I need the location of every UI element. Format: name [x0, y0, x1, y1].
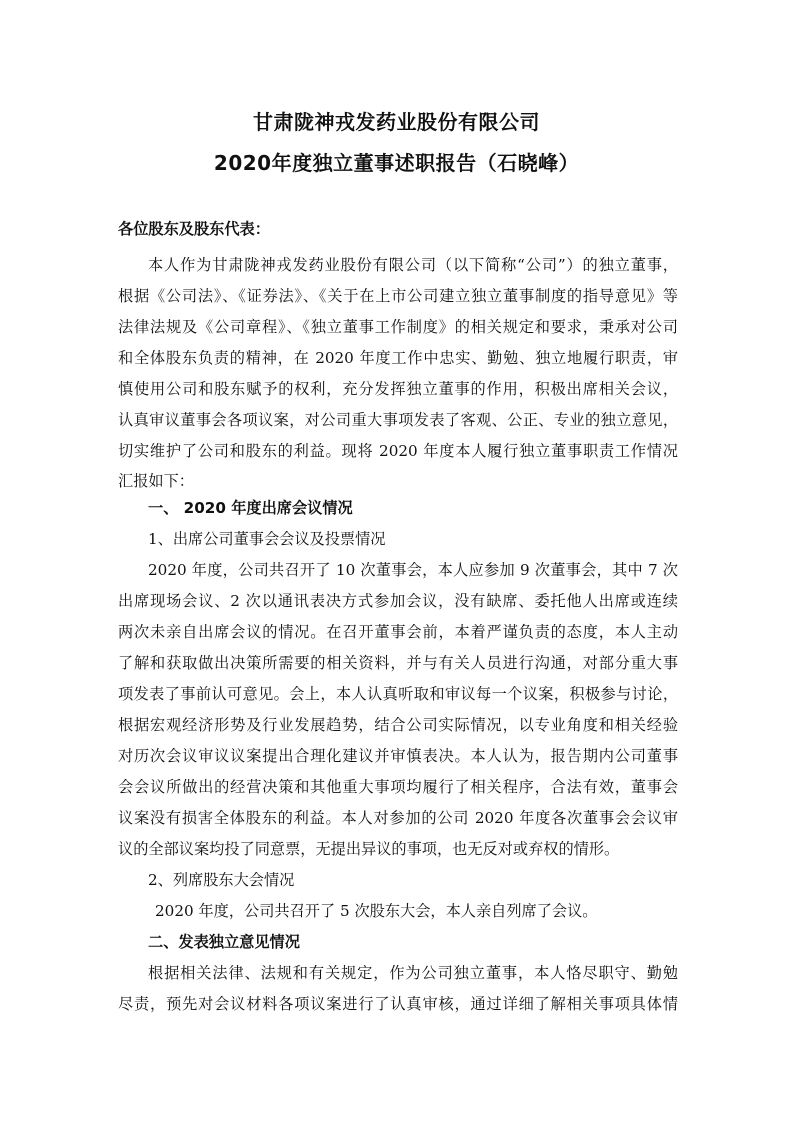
intro-line: 法律法规及《公司章程》、《独立董事工作制度》的相关规定和要求，秉承对公司: [118, 317, 678, 337]
intro-line: 切实维护了公司和股东的利益。现将 2020 年度本人履行独立董事职责工作情况: [118, 441, 678, 461]
body-line: 根据宏观经济形势及行业发展趋势，结合公司实际情况，以专业角度和相关经验: [118, 715, 678, 735]
intro-line: 和全体股东负责的精神，在 2020 年度工作中忠实、勤勉、独立地履行职责，审: [118, 348, 678, 368]
document-page: 甘肃陇神戎发药业股份有限公司 2020年度独立董事述职报告（石晓峰） 各位股东及…: [0, 0, 793, 1122]
subsection-heading-2: 2、列席股东大会情况: [148, 870, 678, 890]
body-line: 尽责，预先对会议材料各项议案进行了认真审核，通过详细了解相关事项具体情: [118, 994, 678, 1014]
intro-line: 汇报如下：: [118, 471, 678, 491]
body-line: 议案没有损害全体股东的利益。本人对参加的公司 2020 年度各次董事会会议审: [118, 808, 678, 828]
body-line: 2020 年度，公司共召开了 10 次董事会，本人应参加 9 次董事会，其中 7…: [148, 560, 678, 580]
title-report: 2020年度独立董事述职报告（石晓峰）: [0, 147, 793, 176]
section-heading-1: 一、 2020 年度出席会议情况: [148, 498, 678, 518]
section-heading-2: 二、发表独立意见情况: [148, 932, 678, 952]
body-line: 会会议所做出的经营决策和其他重大事项均履行了相关程序，合法有效，董事会: [118, 777, 678, 797]
title-company: 甘肃陇神戎发药业股份有限公司: [0, 106, 793, 135]
body-line: 了解和获取做出决策所需要的相关资料，并与有关人员进行沟通，对部分重大事: [118, 653, 678, 673]
intro-line: 认真审议董事会各项议案，对公司重大事项发表了客观、公正、专业的独立意见，: [118, 410, 678, 430]
intro-line: 慎使用公司和股东赋予的权利，充分发挥独立董事的作用，积极出席相关会议，: [118, 379, 678, 399]
body-line: 根据相关法律、法规和有关规定，作为公司独立董事，本人恪尽职守、勤勉: [148, 963, 678, 983]
intro-line: 本人作为甘肃陇神戎发药业股份有限公司（以下简称“公司”）的独立董事，: [148, 255, 678, 275]
salutation: 各位股东及股东代表：: [118, 219, 678, 239]
body-line: 2020 年度，公司共召开了 5 次股东大会，本人亲自列席了会议。: [155, 901, 715, 921]
intro-line: 根据《公司法》、《证券法》、《关于在上市公司建立独立董事制度的指导意见》等: [118, 286, 678, 306]
body-line: 对历次会议审议议案提出合理化建议并审慎表决。本人认为，报告期内公司董事: [118, 746, 678, 766]
subsection-heading-1: 1、出席公司董事会会议及投票情况: [148, 529, 678, 549]
body-line: 两次未亲自出席会议的情况。在召开董事会前，本着严谨负责的态度，本人主动: [118, 622, 678, 642]
body-line: 出席现场会议、2 次以通讯表决方式参加会议，没有缺席、委托他人出席或连续: [118, 591, 678, 611]
body-line: 议的全部议案均投了同意票，无提出异议的事项，也无反对或弃权的情形。: [118, 839, 678, 859]
body-line: 项发表了事前认可意见。会上，本人认真听取和审议每一个议案，积极参与讨论，: [118, 684, 678, 704]
